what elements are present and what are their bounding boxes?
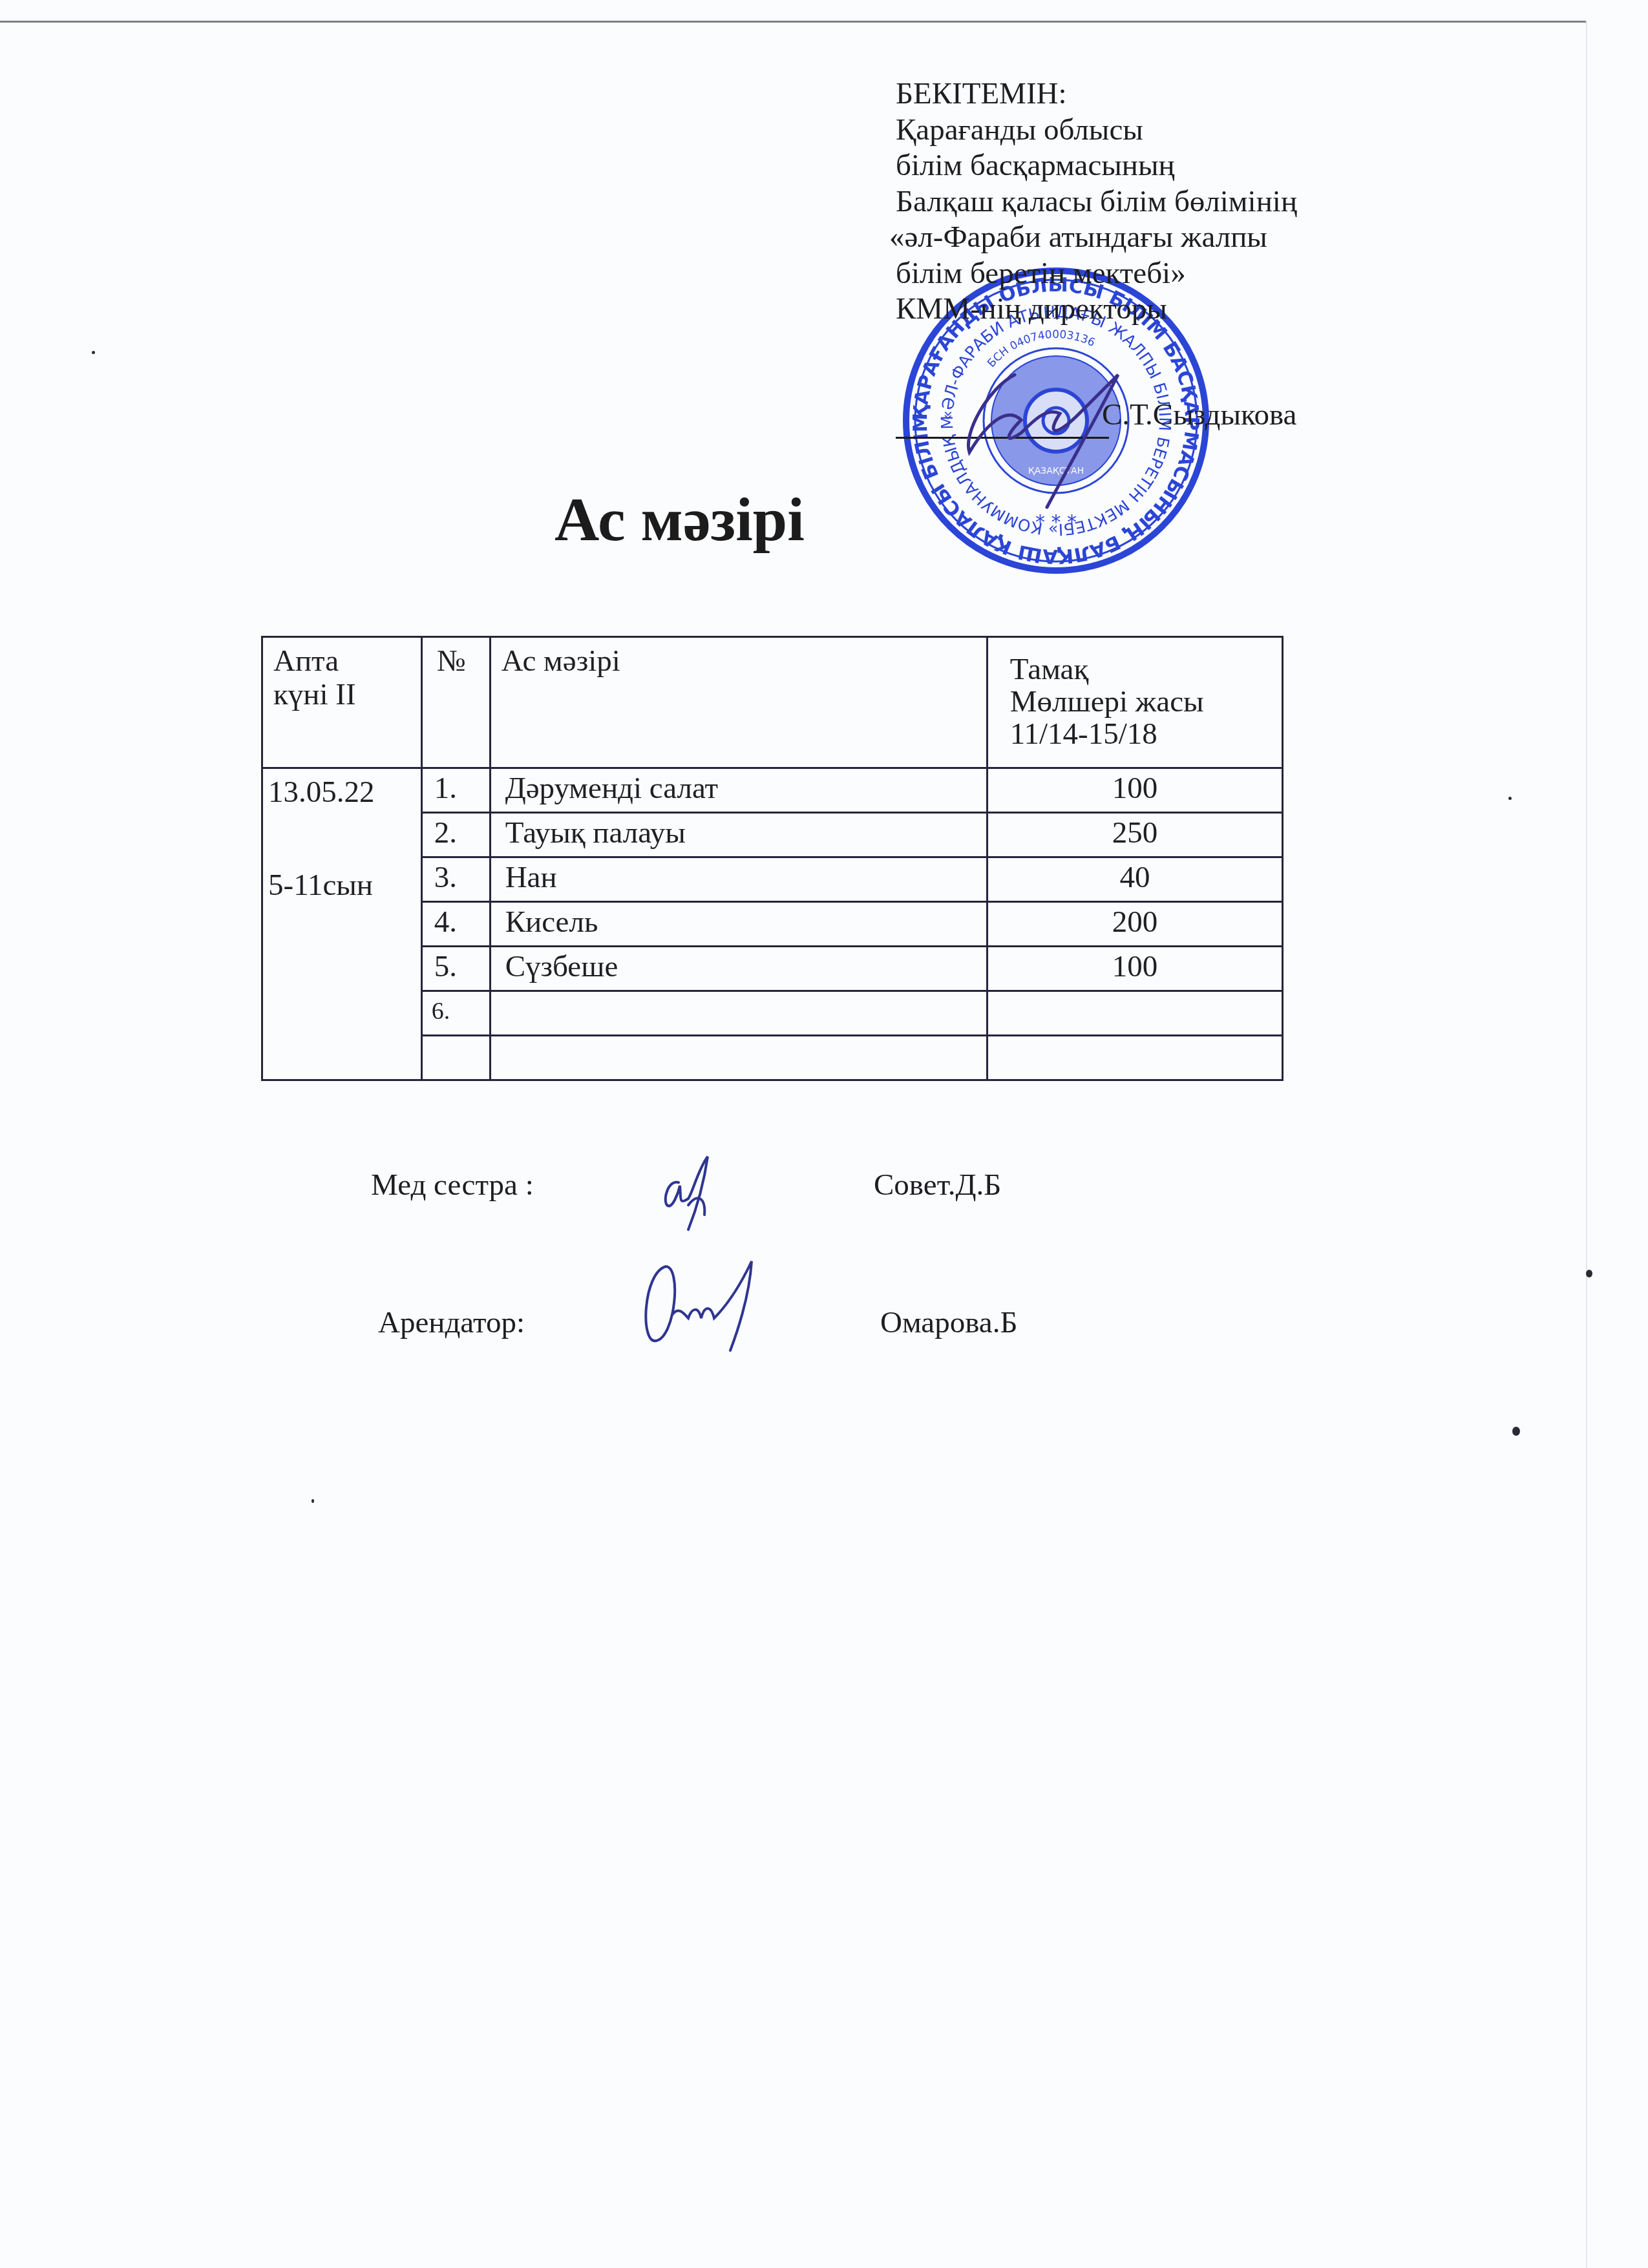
dish-quantity-text: 100 [988,769,1282,808]
dish-name-text: Сүзбеше [491,947,986,986]
row-number: 3. [421,857,490,902]
row-number: 2. [421,813,490,857]
dish-name: Дәрумендi салат [490,768,987,813]
dish-quantity-text: 100 [988,947,1282,986]
dish-quantity: 40 [987,857,1282,902]
page-edge-top [0,21,1587,23]
dish-quantity-text: 40 [988,858,1282,897]
row-number: 1. [421,768,490,813]
approval-line: КММ-нің директоры [896,291,1297,328]
dish-name: Сүзбеше [490,947,987,991]
approval-line: Қарағанды облысы [896,112,1297,149]
dish-name [490,991,987,1036]
dish-name: Тауық палауы [490,813,987,857]
dish-name [490,1036,987,1080]
dish-quantity [987,991,1282,1036]
approval-line: Балқаш қаласы білім бөлімінің [896,184,1297,220]
header-day-line: күні II [273,678,409,711]
approval-line: білім беретін мектебі» [896,256,1297,292]
approval-line: «әл-Фараби атындағы жалпы [889,220,1297,256]
header-day: Апта күні II [262,637,422,768]
approval-heading: БЕКІТЕМІН: [896,76,1297,112]
director-signature [950,362,1137,510]
dish-quantity: 100 [987,947,1282,991]
header-quantity-line: 11/14-15/18 [1010,718,1270,750]
scan-speck [92,351,95,354]
dish-quantity-text: 250 [988,814,1282,852]
dish-quantity: 100 [987,768,1282,813]
dish-quantity: 250 [987,813,1282,857]
day-cell: 13.05.225-11сын [262,768,422,1080]
header-dish-label: Ас мәзірі [491,638,986,678]
menu-table: Апта күні II № Ас мәзірі Тамақ Мөлшері ж… [261,636,1284,1081]
stamp-stars: * * * [1035,511,1077,534]
dish-name-text: Тауық палауы [491,814,986,852]
row-number-text: 6. [423,992,489,1031]
nurse-label: Мед сестра : [371,1168,534,1202]
header-day-line: Апта [273,644,409,678]
dish-quantity [987,1036,1282,1080]
approval-block: БЕКІТЕМІН: Қарағанды облысы білім басқар… [896,76,1297,328]
dish-name-text: Кисель [491,903,986,941]
page-edge-right [1586,22,1587,2268]
dish-name-text: Дәрумендi салат [491,769,986,808]
row-number: 6. [421,991,490,1036]
table-header-row: Апта күні II № Ас мәзірі Тамақ Мөлшері ж… [262,637,1283,768]
dish-quantity: 200 [987,902,1282,947]
row-number-text: 3. [423,858,489,897]
header-quantity: Тамақ Мөлшері жасы 11/14-15/18 [987,637,1282,768]
nurse-name: Совет.Д.Б [874,1168,1001,1202]
scan-speck [1508,797,1512,800]
row-number: 4. [421,902,490,947]
row-number-text: 4. [423,903,489,941]
row-number [421,1036,490,1080]
tenant-signature [637,1254,779,1357]
nurse-signature [653,1153,724,1244]
header-number-label: № [423,638,489,678]
tenant-name: Омарова.Б [880,1305,1017,1340]
date: 13.05.22 [268,773,421,812]
dish-name: Кисель [490,902,987,947]
page-title: Ас мәзірі [555,483,805,555]
dish-quantity-text: 200 [988,903,1282,941]
scan-speck [312,1499,314,1503]
row-number-text: 5. [423,947,489,986]
tenant-label: Арендатор: [378,1305,525,1340]
header-quantity-line: Мөлшері жасы [1010,686,1270,718]
row-number-text: 1. [423,769,489,808]
age-group: 5-11сын [268,866,421,905]
scan-speck [1512,1427,1520,1436]
row-number-text: 2. [423,814,489,852]
scan-speck [1586,1270,1592,1277]
header-number: № [421,637,490,768]
dish-name-text: Нан [491,858,986,897]
row-number: 5. [421,947,490,991]
approval-line: білім басқармасының [896,148,1297,184]
dish-name: Нан [490,857,987,902]
table-row: 13.05.225-11сын1.Дәрумендi салат100 [262,768,1283,813]
header-dish: Ас мәзірі [490,637,987,768]
header-quantity-line: Тамақ [1010,653,1270,686]
